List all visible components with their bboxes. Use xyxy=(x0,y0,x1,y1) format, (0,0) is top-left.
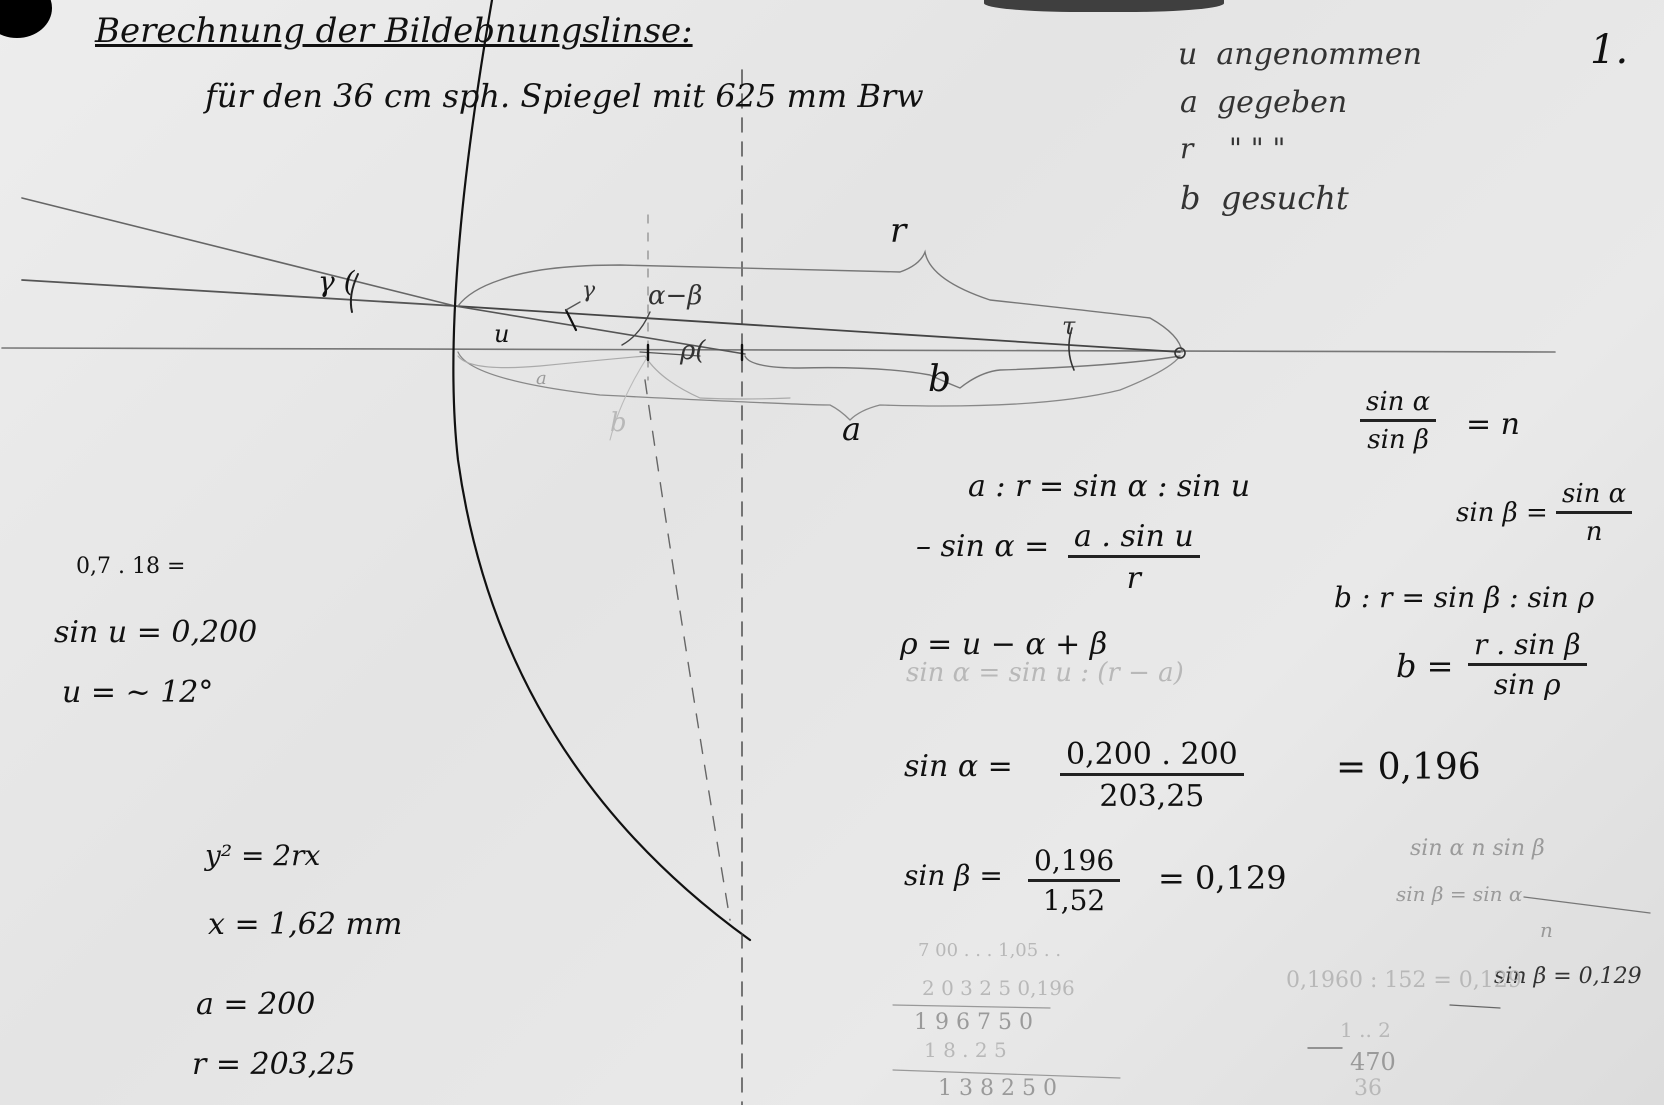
label-a: a xyxy=(842,413,861,445)
brace-b xyxy=(745,356,1180,388)
legend-item: a gegeben xyxy=(1180,88,1347,118)
label-tau: τ xyxy=(1062,314,1075,338)
scratch-note: 1 3 8 2 5 0 xyxy=(938,1078,1057,1100)
calc-sin-beta: 0,196 1,52 xyxy=(1028,846,1120,917)
label-b-small: b xyxy=(610,410,627,436)
scratch-note: 2 0 3 2 5 0,196 xyxy=(922,978,1075,998)
calc-sin-alpha-lhs: sin α = xyxy=(904,752,1013,782)
value-parabola: y² = 2rx xyxy=(205,842,320,870)
scratch-note: 1 9 6 7 5 0 xyxy=(914,1012,1033,1034)
formula-snell: sin α sin β xyxy=(1360,388,1436,454)
scratch-note: 7 00 . . . 1,05 . . xyxy=(918,942,1061,960)
optical-axis xyxy=(2,348,1555,352)
value-a: a = 200 xyxy=(196,990,315,1020)
formula-b: r . sin β sin ρ xyxy=(1468,630,1587,701)
legend-item: b gesucht xyxy=(1180,182,1349,214)
page-number: 1. xyxy=(1590,30,1628,70)
formula-rho-faint: sin α = sin u : (r − a) xyxy=(906,660,1184,686)
formula-rho: ρ = u − α + β xyxy=(900,630,1107,660)
legend-item: u angenommen xyxy=(1178,40,1422,70)
label-gamma-small: γ xyxy=(582,280,595,302)
formula-sin-beta-lhs: sin β = xyxy=(1456,500,1548,526)
formula-snell-rhs: = n xyxy=(1466,410,1520,440)
label-alpha-minus-beta: α−β xyxy=(648,283,702,309)
page-subtitle: für den 36 cm sph. Spiegel mit 625 mm Br… xyxy=(205,80,924,112)
ray-incident xyxy=(22,198,455,306)
formula-b-lhs: b = xyxy=(1396,650,1453,682)
calc-sin-alpha: 0,200 . 200 203,25 xyxy=(1060,738,1244,813)
scratch-note: sin α n sin β xyxy=(1410,838,1545,860)
ray-normal xyxy=(22,280,455,306)
label-gamma: γ ( xyxy=(318,268,355,296)
scratch-note: 1 .. 2 xyxy=(1340,1020,1391,1040)
formula-b-proportion: b : r = sin β : sin ρ xyxy=(1334,584,1594,612)
page-title: Berechnung der Bildebnungslinse: xyxy=(95,14,693,48)
legend-item: r " " " xyxy=(1180,135,1285,163)
scratch-note: n xyxy=(1540,920,1553,940)
value-sin-u: sin u = 0,200 xyxy=(54,618,257,648)
mirror-arc xyxy=(453,0,750,940)
scratch-note: sin β = sin α xyxy=(1396,884,1522,904)
value-r: r = 203,25 xyxy=(192,1050,356,1080)
dashed-curve xyxy=(645,380,730,920)
label-u: u xyxy=(494,322,509,346)
calc-sin-alpha-result: = 0,196 xyxy=(1336,750,1481,786)
formula-sin-beta: sin α n xyxy=(1556,480,1632,546)
calc-sin-beta-lhs: sin β = xyxy=(904,862,1003,890)
scratch-note: 1 8 . 2 5 xyxy=(924,1040,1007,1060)
formula-sin-alpha-lhs: – sin α = xyxy=(916,532,1049,562)
value-x: x = 1,62 mm xyxy=(208,910,402,940)
label-r: r xyxy=(890,214,906,248)
formula-sin-alpha: a . sin u r xyxy=(1068,520,1200,595)
scratch-note: 36 xyxy=(1354,1078,1382,1100)
formula-proportion: a : r = sin α : sin u xyxy=(968,472,1250,502)
document-page: Berechnung der Bildebnungslinse: für den… xyxy=(0,0,1664,1105)
label-a-small: a xyxy=(536,370,547,388)
label-b: b xyxy=(928,362,951,398)
value-line1: 0,7 . 18 = xyxy=(76,556,185,578)
label-rho: ρ( xyxy=(680,338,705,364)
calc-sin-beta-result: = 0,129 xyxy=(1158,862,1287,894)
value-u-degrees: u = ~ 12° xyxy=(62,678,213,708)
scratch-note: 470 xyxy=(1350,1050,1396,1074)
scratch-division: 0,1960 : 152 = 0,129 xyxy=(1286,970,1522,992)
